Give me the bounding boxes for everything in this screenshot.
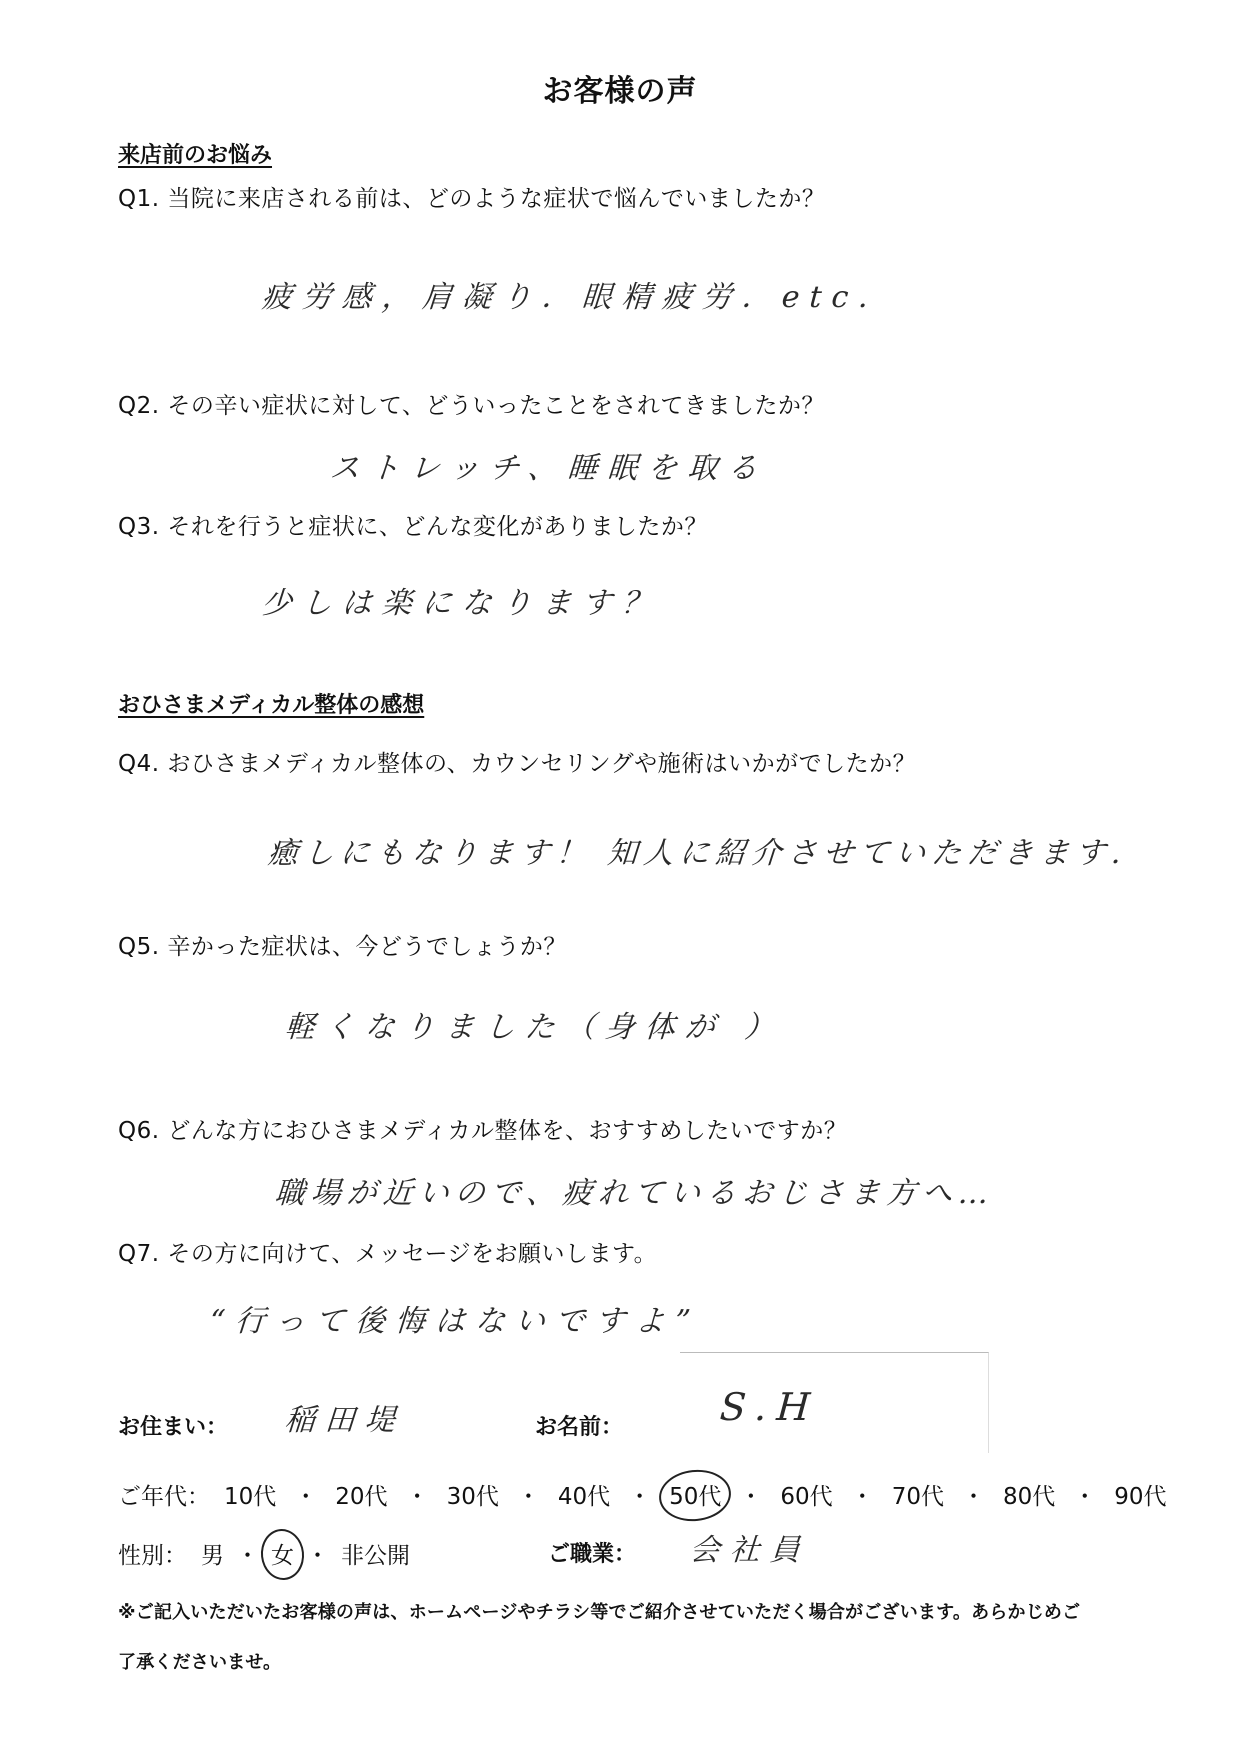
answer-2: ストレッチ、睡眠を取る	[328, 443, 769, 487]
answer-4: 癒しにもなります！ 知人に紹介させていただきます.	[266, 828, 1128, 872]
age-option-30s[interactable]: 30代	[443, 1478, 503, 1511]
question-7: Q7. その方に向けて、メッセージをお願いします。	[118, 1235, 657, 1268]
separator-dot: ・	[851, 1478, 874, 1511]
age-label: ご年代：	[118, 1478, 210, 1511]
question-2: Q2. その辛い症状に対して、どういったことをされてきましたか？	[118, 387, 825, 420]
separator-dot: ・	[294, 1478, 317, 1511]
answer-1: 疲労感，肩凝り．眼精疲労．etc.	[260, 272, 879, 316]
address-label: お住まい：	[118, 1410, 228, 1441]
age-row: ご年代： 10代 ・ 20代 ・ 30代 ・ 40代 ・ 50代 ・ 60代 ・…	[118, 1478, 1171, 1511]
separator-dot: ・	[236, 1537, 259, 1570]
notice-line-2: 了承くださいませ。	[118, 1648, 281, 1674]
gender-label: 性別：	[118, 1537, 187, 1570]
notice-line-1: ※ご記入いただいたお客様の声は、ホームページやチラシ等でご紹介させていただく場合…	[118, 1598, 1080, 1624]
age-option-80s[interactable]: 80代	[999, 1478, 1059, 1511]
separator-dot: ・	[962, 1478, 985, 1511]
age-option-10s[interactable]: 10代	[220, 1478, 280, 1511]
age-option-50s-selected[interactable]: 50代	[665, 1478, 725, 1511]
age-option-70s[interactable]: 70代	[888, 1478, 948, 1511]
question-5: Q5. 辛かった症状は、今どうでしょうか？	[118, 928, 567, 961]
age-option-40s[interactable]: 40代	[554, 1478, 614, 1511]
section-heading-impressions: おひさまメディカル整体の感想	[118, 688, 424, 719]
question-6: Q6. どんな方におひさまメディカル整体を、おすすめしたいですか？	[118, 1112, 847, 1145]
separator-dot: ・	[517, 1478, 540, 1511]
separator-dot: ・	[628, 1478, 651, 1511]
address-value: 稲田堤	[283, 1395, 406, 1439]
answer-6: 職場が近いので、疲れているおじさま方へ…	[273, 1168, 995, 1212]
question-4: Q4. おひさまメディカル整体の、カウンセリングや施術はいかがでしたか？	[118, 745, 916, 778]
gender-row: 性別： 男 ・ 女 ・ 非公開	[118, 1537, 414, 1570]
age-option-90s[interactable]: 90代	[1110, 1478, 1170, 1511]
age-option-20s[interactable]: 20代	[331, 1478, 391, 1511]
age-option-60s[interactable]: 60代	[776, 1478, 836, 1511]
occupation-label: ご職業：	[548, 1537, 636, 1568]
gender-option-female-selected[interactable]: 女	[267, 1537, 298, 1570]
answer-5: 軽くなりました（身体が ）	[283, 1002, 786, 1046]
occupation-value: 会社員	[688, 1525, 811, 1569]
separator-dot: ・	[1073, 1478, 1096, 1511]
question-1: Q1. 当院に来店される前は、どのような症状で悩んでいましたか？	[118, 180, 825, 213]
section-heading-before-visit: 来店前のお悩み	[118, 138, 272, 169]
page-title: お客様の声	[0, 66, 1240, 110]
gender-option-male[interactable]: 男	[197, 1537, 228, 1570]
answer-3: 少しは楽になります？	[260, 578, 663, 622]
separator-dot: ・	[739, 1478, 762, 1511]
separator-dot: ・	[406, 1478, 429, 1511]
question-3: Q3. それを行うと症状に、どんな変化がありましたか？	[118, 508, 708, 541]
gender-option-undisclosed[interactable]: 非公開	[337, 1537, 414, 1570]
separator-dot: ・	[306, 1537, 329, 1570]
name-value: S.H	[718, 1385, 821, 1429]
answer-7: “行って後悔はないですよ”	[208, 1296, 702, 1340]
name-label: お名前：	[535, 1410, 623, 1441]
